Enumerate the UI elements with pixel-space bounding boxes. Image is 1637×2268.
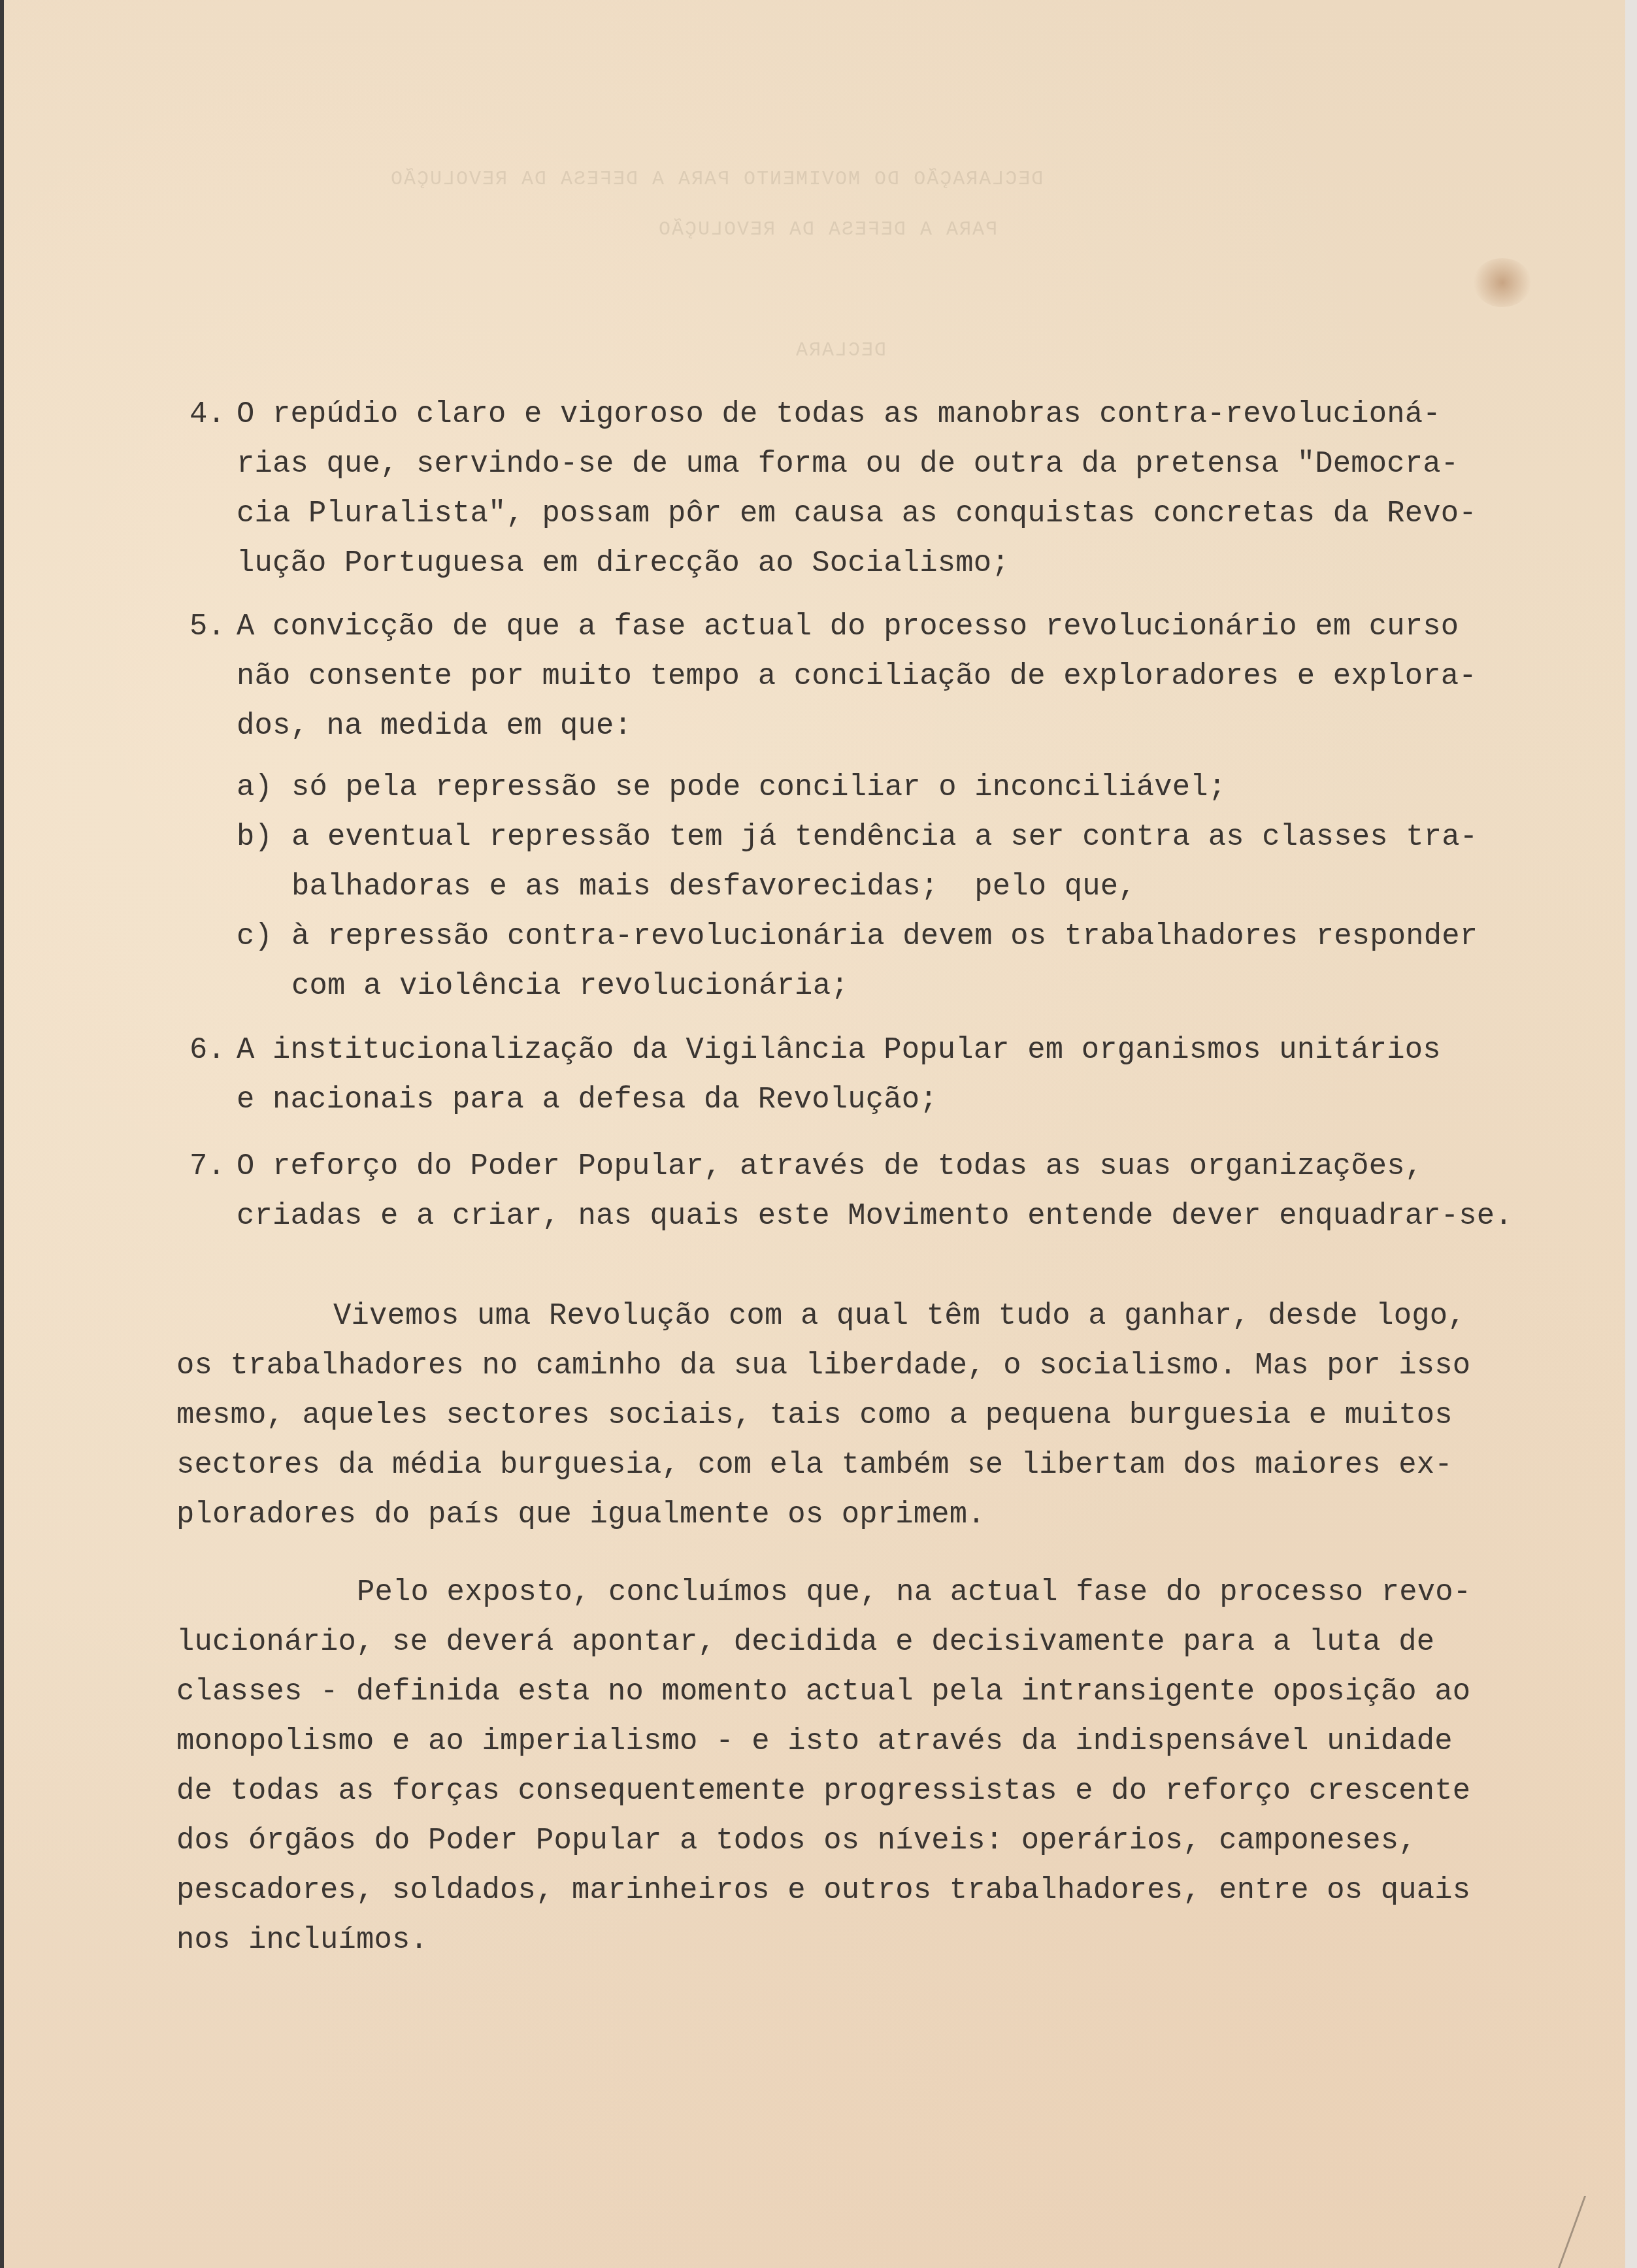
bleed-through-heading: PARA A DEFESA DA REVOLUÇÃO [657,219,997,241]
item-6-line-1: A institucionalização da Vigilância Popu… [237,1036,1441,1066]
subitem-label-a: a) [237,773,273,803]
paragraph-2-line-8: nos incluímos. [176,1926,428,1956]
subitem-label-b: b) [237,823,273,853]
item-4-line-2: rias que, servindo-se de uma forma ou de… [237,450,1459,480]
item-4-line-4: lução Portuguesa em direcção ao Socialis… [237,549,1010,579]
corner-fold-mark [1558,2196,1625,2268]
paragraph-2-line-7: pescadores, soldados, marinheiros e outr… [176,1876,1470,1906]
bleed-through-heading: DECLARAÇÃO DO MOVIMENTO PARA A DEFESA DA… [389,169,1043,191]
item-number-4: 4. [190,400,225,430]
item-7-line-2: criadas e a criar, nas quais este Movime… [237,1202,1513,1232]
subitem-label-c: c) [237,922,273,952]
item-6-line-2: e nacionais para a defesa da Revolução; [237,1085,938,1115]
item-5-line-3: dos, na medida em que: [237,712,632,742]
item-7-line-1: O reforço do Poder Popular, através de t… [237,1152,1423,1182]
item-4-line-3: cia Pluralista", possam pôr em causa as … [237,499,1477,529]
item-5-line-1: A convicção de que a fase actual do proc… [237,612,1459,642]
typewritten-page: DECLARAÇÃO DO MOVIMENTO PARA A DEFESA DA… [4,0,1625,2268]
subitem-b-line-2: balhadoras e as mais desfavorecidas; pel… [291,872,1136,902]
item-number-5: 5. [190,612,225,642]
stain-mark [1473,258,1532,307]
paragraph-1-line-5: ploradores do país que igualmente os opr… [176,1500,985,1530]
scan-right-margin [1625,0,1637,2268]
item-number-7: 7. [190,1152,225,1182]
paragraph-2-line-5: de todas as forças consequentemente prog… [176,1777,1470,1807]
paragraph-1-line-2: os trabalhadores no caminho da sua liber… [176,1351,1470,1381]
item-number-6: 6. [190,1036,225,1066]
paragraph-1-line-4: sectores da média burguesia, com ela tam… [176,1451,1453,1481]
paragraph-2-line-6: dos órgãos do Poder Popular a todos os n… [176,1826,1417,1856]
paragraph-1-line-3: mesmo, aqueles sectores sociais, tais co… [176,1401,1453,1431]
subitem-b-line-1: a eventual repressão tem já tendência a … [291,823,1478,853]
item-5-line-2: não consente por muito tempo a conciliaç… [237,662,1477,692]
subitem-c-line-1: à repressão contra-revolucionária devem … [291,922,1478,952]
paragraph-2-line-2: lucionário, se deverá apontar, decidida … [176,1628,1434,1658]
subitem-c-line-2: com a violência revolucionária; [291,972,849,1002]
paragraph-2-line-1: Pelo exposto, concluímos que, na actual … [357,1578,1471,1608]
paragraph-2-line-3: classes - definida esta no momento actua… [176,1677,1470,1707]
paragraph-2-line-4: monopolismo e ao imperialismo - e isto a… [176,1727,1453,1757]
subitem-a-line-1: só pela repressão se pode conciliar o in… [291,773,1226,803]
item-4-line-1: O repúdio claro e vigoroso de todas as m… [237,400,1441,430]
bleed-through-heading: DECLARA [795,340,886,362]
paragraph-1-line-1: Vivemos uma Revolução com a qual têm tud… [333,1302,1466,1332]
